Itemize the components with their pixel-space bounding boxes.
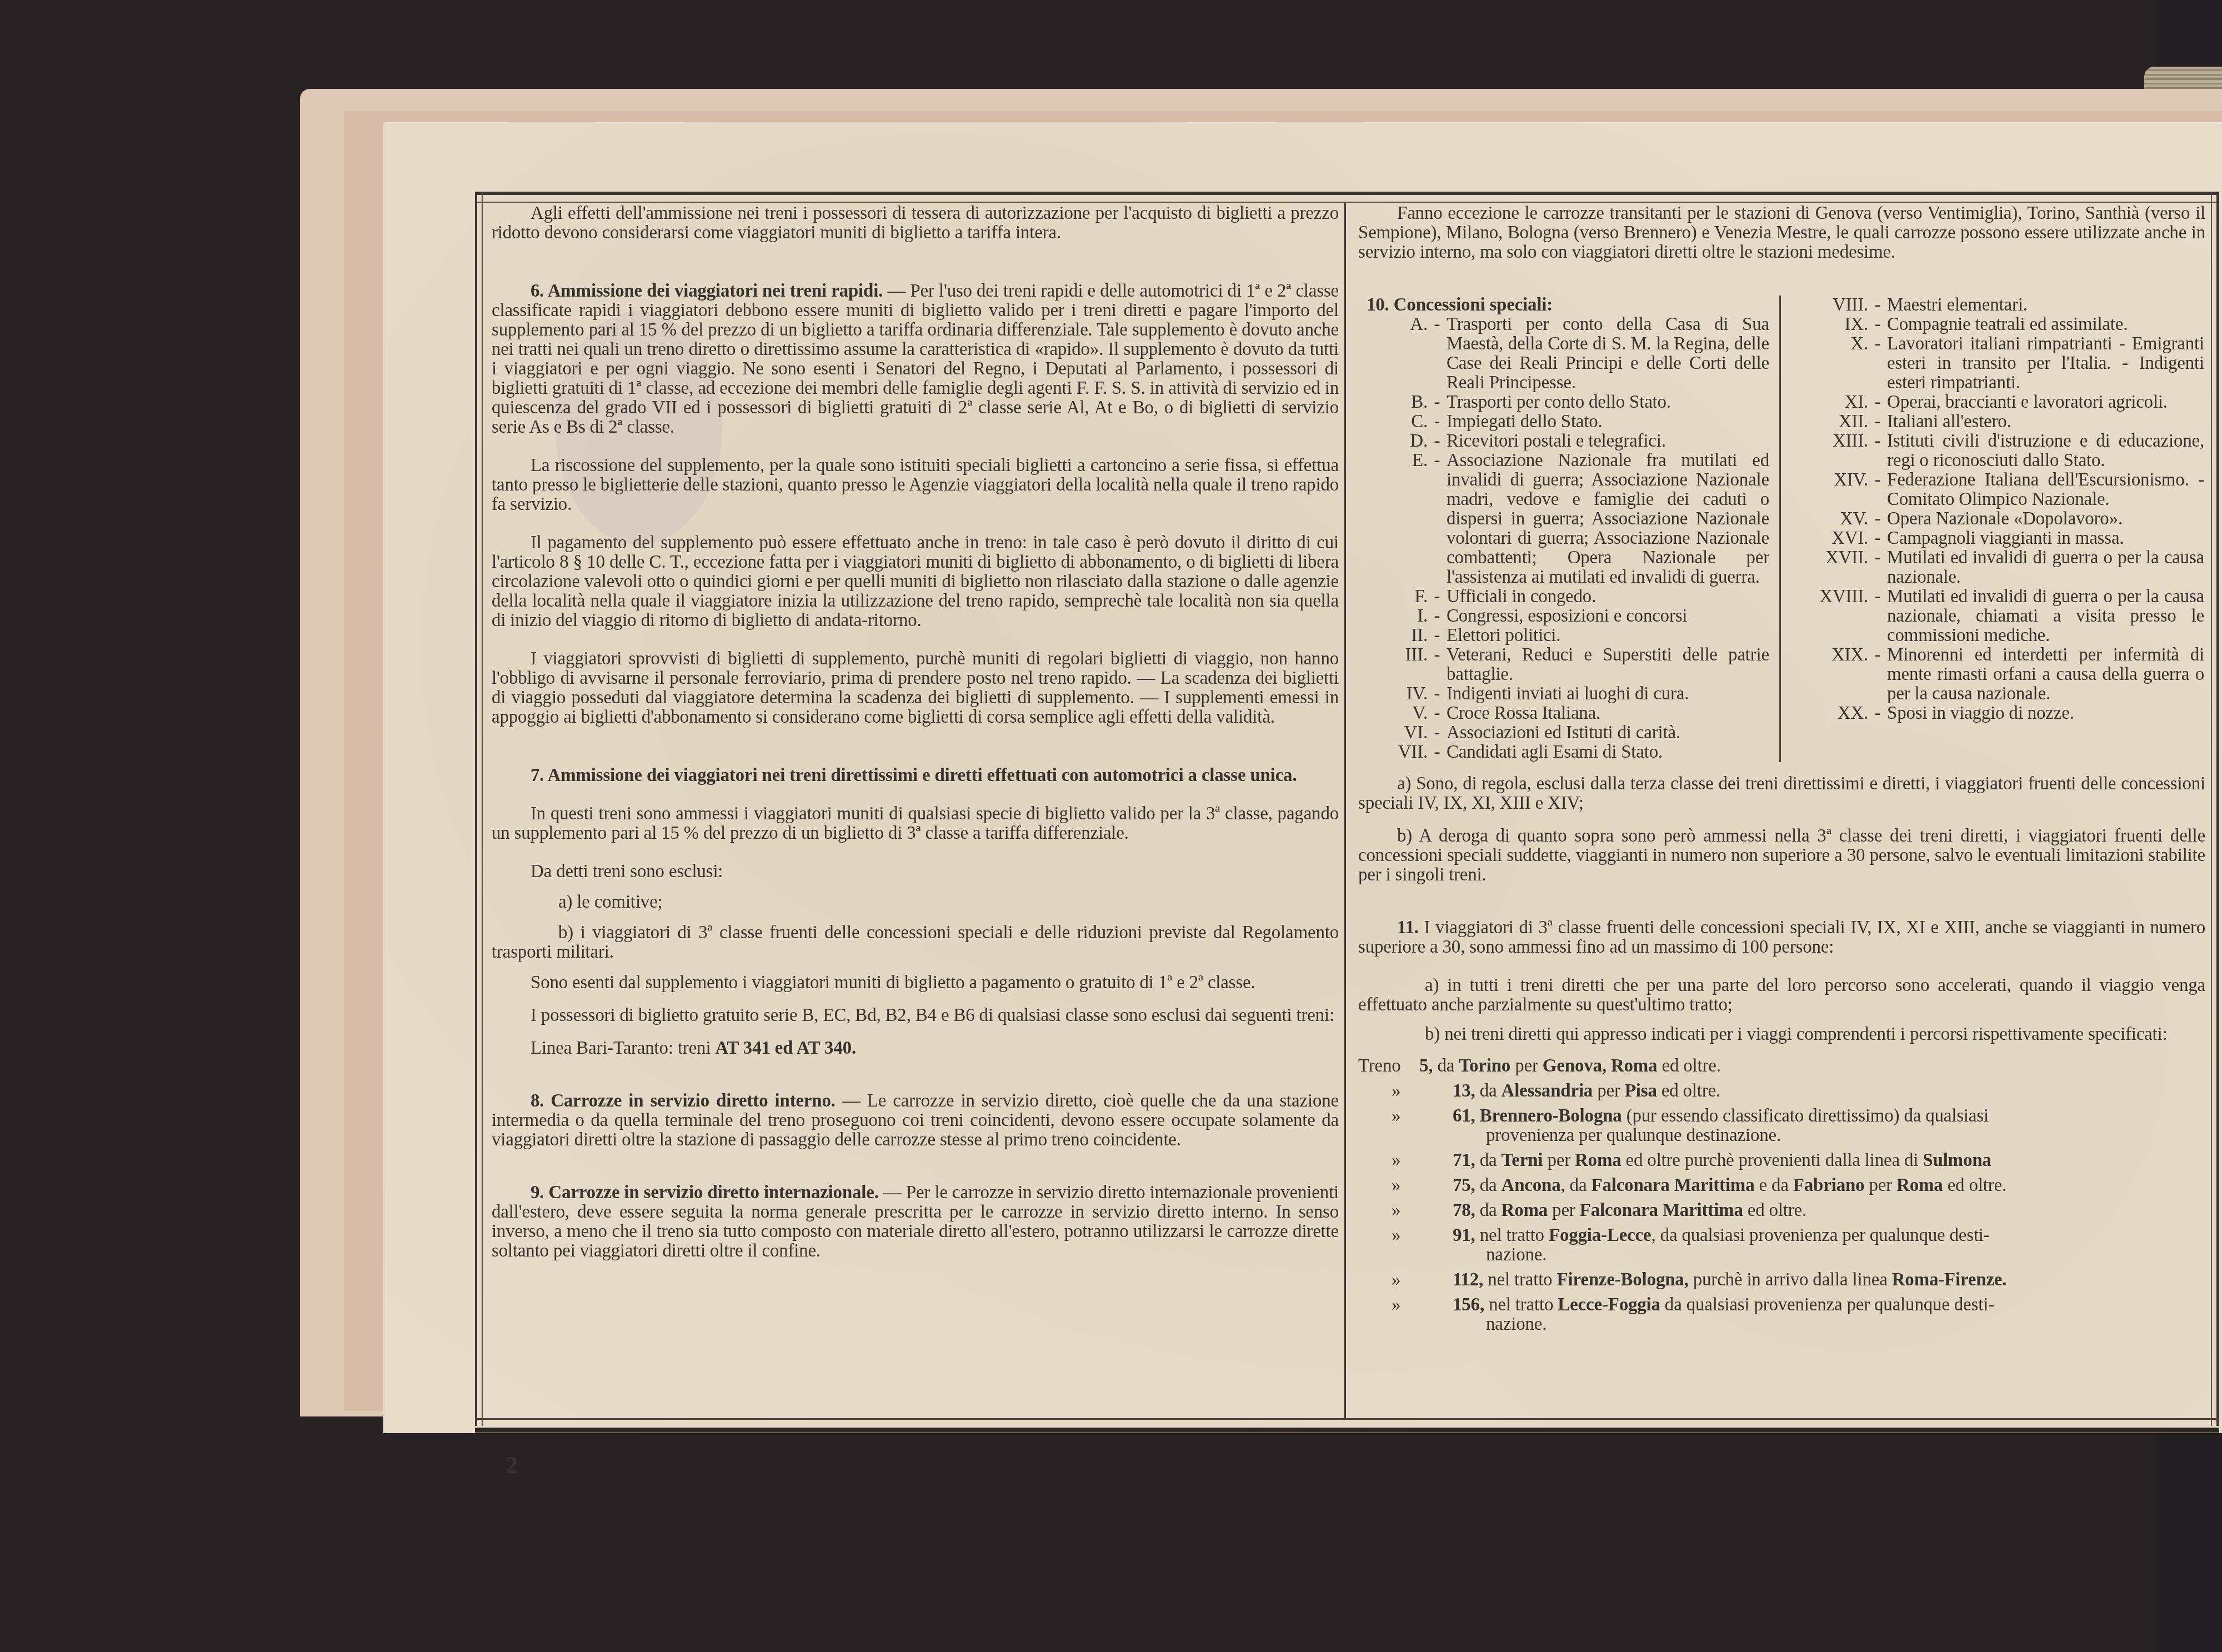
concession-text: Compagnie teatrali ed assimilate. [1887,315,2204,334]
frame-rule-left [475,192,483,1426]
section-6-paragraph-2: La riscossione del supplemento, per la q… [492,456,1339,514]
concession-text: Congressi, esposizioni e concorsi [1447,607,1769,626]
section-9: 9. Carrozze in servizio diretto internaz… [492,1183,1339,1261]
concession-dash: - [1868,432,1887,470]
concession-number: IX. [1793,315,1868,334]
train-lead: » [1358,1226,1453,1245]
concession-number: B. [1358,393,1428,412]
section-10-heading: 10. Concessioni speciali: [1367,296,1769,315]
frame-rule-top [475,192,2219,203]
section-11-heading: 11. [1397,918,1419,938]
section-6-paragraph-4: I viaggiatori sprovvisti di biglietti di… [492,649,1339,727]
concession-item: VIII.-Maestri elementari. [1793,296,2204,315]
train-entry: »112, nel tratto Firenze-Bologna, purchè… [1358,1270,2205,1290]
train-description: 61, Brennero-Bologna (pur essendo classi… [1453,1107,2205,1126]
concession-text: Associazioni ed Istituti di carità. [1447,723,1769,743]
concession-item: XVIII.-Mutilati ed invalidi di guerra o … [1793,587,2204,645]
concession-text: Indigenti inviati ai luoghi di cura. [1447,684,1769,704]
section-8: 8. Carrozze in servizio diretto interno.… [492,1092,1339,1150]
concession-text: Elettori politici. [1447,626,1769,645]
train-number: 71, [1453,1150,1480,1170]
section-9-heading: 9. Carrozze in servizio diretto internaz… [531,1183,879,1203]
concession-number: XV. [1793,509,1868,529]
concession-text: Trasporti per conto della Casa di Sua Ma… [1447,315,1769,393]
concession-item: VI.-Associazioni ed Istituti di carità. [1358,723,1769,743]
frame-rule-right [2211,192,2219,1426]
section-7-heading: 7. Ammissione dei viaggiatori nei treni … [492,766,1339,785]
train-lead: » [1358,1176,1453,1195]
left-column: Agli effetti dell'ammissione nei treni i… [492,204,1339,1261]
concession-dash: - [1868,509,1887,529]
concession-text: Maestri elementari. [1887,296,2204,315]
train-lead: » [1358,1151,1453,1170]
section-10-note-a: a) Sono, di regola, esclusi dalla terza … [1358,774,2205,813]
section-7-paragraph-2: Da detti treni sono esclusi: [492,862,1339,882]
concession-item: A.-Trasporti per conto della Casa di Sua… [1358,315,1769,393]
train-number: 91, [1453,1225,1480,1245]
concession-item: D.-Ricevitori postali e telegrafici. [1358,432,1769,451]
concession-number: XIV. [1793,470,1868,509]
concession-dash: - [1428,607,1447,626]
concession-text: Candidati agli Esami di Stato. [1447,743,1769,762]
column-divider [1344,202,1346,1418]
concession-dash: - [1868,334,1887,393]
line-label: Linea Bari-Taranto: treni [531,1038,715,1058]
section-11-body: I viaggiatori di 3ª classe fruenti delle… [1358,918,2205,957]
train-entry: »61, Brennero-Bologna (pur essendo class… [1358,1107,2205,1145]
concession-item: IX.-Compagnie teatrali ed assimilate. [1793,315,2204,334]
intro-paragraph: Agli effetti dell'ammissione nei treni i… [492,204,1339,243]
concession-number: XII. [1793,412,1868,432]
concession-dash: - [1868,587,1887,645]
concession-text: Opera Nazionale «Dopolavoro». [1887,509,2204,529]
train-description: 156, nel tratto Lecce-Foggia da qualsias… [1453,1295,2205,1315]
train-description: 78, da Roma per Falconara Marittima ed o… [1453,1201,2205,1220]
concession-text: Federazione Italiana dell'Escursionismo.… [1887,470,2204,509]
concession-text: Lavoratori italiani rimpatrianti - Emigr… [1887,334,2204,393]
concession-dash: - [1868,412,1887,432]
concession-dash: - [1428,432,1447,451]
concession-item: F.-Ufficiali in congedo. [1358,587,1769,607]
train-description: 75, da Ancona, da Falconara Marittima e … [1453,1176,2205,1195]
concession-dash: - [1428,315,1447,393]
train-description: 112, nel tratto Firenze-Bologna, purchè … [1453,1270,2205,1290]
concession-item: X.-Lavoratori italiani rimpatrianti - Em… [1793,334,2204,393]
train-description: 71, da Terni per Roma ed oltre purchè pr… [1453,1151,2205,1170]
section-6-paragraph-3: Il pagamento del supplemento può essere … [492,533,1339,630]
concession-item: XI.-Operai, braccianti e lavoratori agri… [1793,393,2204,412]
section-11-item-b: b) nei treni diretti qui appresso indica… [1358,1025,2205,1044]
train-number: 5, [1419,1056,1437,1076]
concession-dash: - [1868,529,1887,548]
section-8-heading: 8. Carrozze in servizio diretto interno. [531,1091,835,1111]
concession-item: IV.-Indigenti inviati ai luoghi di cura. [1358,684,1769,704]
concession-text: Istituti civili d'istruzione e di educaz… [1887,432,2204,470]
concession-item: II.-Elettori politici. [1358,626,1769,645]
text-frame: Agli effetti dell'ammissione nei treni i… [475,192,2219,1450]
section-7-paragraph-4: I possessori di biglietto gratuito serie… [492,1006,1339,1025]
section-7-item-a: a) le comitive; [492,893,1339,912]
concession-dash: - [1868,548,1887,587]
concessions-column-a: 10. Concessioni speciali: A.-Trasporti p… [1358,296,1781,762]
concession-item: XVI.-Campagnoli viaggianti in massa. [1793,529,2204,548]
concession-number: C. [1358,412,1428,432]
train-entry: »71, da Terni per Roma ed oltre purchè p… [1358,1151,2205,1170]
right-column: Fanno eccezione le carrozze transitanti … [1358,204,2205,1340]
concession-number: E. [1358,451,1428,587]
concession-item: III.-Veterani, Reduci e Superstiti delle… [1358,645,1769,684]
concession-dash: - [1428,645,1447,684]
concession-text: Croce Rossa Italiana. [1447,704,1769,723]
train-description: 91, nel tratto Foggia-Lecce, da qualsias… [1453,1226,2205,1245]
section-7-paragraph-3: Sono esenti dal supplemento i viaggiator… [492,973,1339,993]
section-6-heading: 6. Ammissione dei viaggiatori nei treni … [531,281,883,301]
concession-item: E.-Associazione Nazionale fra mutilati e… [1358,451,1769,587]
concession-number: D. [1358,432,1428,451]
concession-text: Veterani, Reduci e Superstiti delle patr… [1447,645,1769,684]
concession-number: A. [1358,315,1428,393]
concession-dash: - [1868,393,1887,412]
concession-item: XIV.-Federazione Italiana dell'Escursion… [1793,470,2204,509]
section-11: 11. I viaggiatori di 3ª classe fruenti d… [1358,918,2205,957]
concession-number: II. [1358,626,1428,645]
concession-dash: - [1868,645,1887,704]
concession-number: XVIII. [1793,587,1868,645]
concessions-list-b: VIII.-Maestri elementari.IX.-Compagnie t… [1793,296,2204,723]
train-entry: Treno5, da Torino per Genova, Roma ed ol… [1358,1057,2205,1076]
train-number: 78, [1453,1200,1480,1220]
train-description-continued: nazione. [1358,1245,2205,1265]
train-entry: »78, da Roma per Falconara Marittima ed … [1358,1201,2205,1220]
concession-text: Impiegati dello Stato. [1447,412,1769,432]
concession-number: XI. [1793,393,1868,412]
concession-dash: - [1428,723,1447,743]
concession-number: XVII. [1793,548,1868,587]
train-lead: » [1358,1270,1453,1290]
concession-item: XV.-Opera Nazionale «Dopolavoro». [1793,509,2204,529]
concession-dash: - [1428,587,1447,607]
concession-text: Associazione Nazionale fra mutilati ed i… [1447,451,1769,587]
train-lead: » [1358,1107,1453,1126]
concession-item: XX.-Sposi in viaggio di nozze. [1793,704,2204,723]
train-number: 112, [1453,1270,1488,1290]
train-description: 13, da Alessandria per Pisa ed oltre. [1453,1082,2205,1101]
concession-item: I.-Congressi, esposizioni e concorsi [1358,607,1769,626]
train-description-continued: nazione. [1358,1315,2205,1334]
concession-dash: - [1428,743,1447,762]
train-lead: » [1358,1295,1453,1315]
frame-rule-bottom [475,1418,2219,1433]
train-lead: Treno [1358,1057,1419,1076]
concession-item: XVII.-Mutilati ed invalidi di guerra o p… [1793,548,2204,587]
concession-text: Operai, braccianti e lavoratori agricoli… [1887,393,2204,412]
train-lead: » [1358,1201,1453,1220]
section-10-note-b: b) A deroga di quanto sopra sono però am… [1358,827,2205,885]
concession-number: XIII. [1793,432,1868,470]
concession-number: VI. [1358,723,1428,743]
concession-number: V. [1358,704,1428,723]
section-7-paragraph-1: In questi treni sono ammessi i viaggiato… [492,804,1339,843]
concession-text: Ufficiali in congedo. [1447,587,1769,607]
concession-number: XIX. [1793,645,1868,704]
concession-dash: - [1428,412,1447,432]
concession-dash: - [1428,393,1447,412]
concession-text: Italiani all'estero. [1887,412,2204,432]
concession-dash: - [1428,684,1447,704]
concession-dash: - [1428,704,1447,723]
concession-number: I. [1358,607,1428,626]
concession-item: VII.-Candidati agli Esami di Stato. [1358,743,1769,762]
section-7-item-b: b) i viaggiatori di 3ª classe fruenti de… [492,923,1339,962]
section-6: 6. Ammissione dei viaggiatori nei treni … [492,282,1339,437]
train-description: 5, da Torino per Genova, Roma ed oltre. [1419,1057,2205,1076]
section-7-paragraph-5: Linea Bari-Taranto: treni AT 341 ed AT 3… [492,1039,1339,1058]
concession-item: V.-Croce Rossa Italiana. [1358,704,1769,723]
concession-item: XIII.-Istituti civili d'istruzione e di … [1793,432,2204,470]
concession-dash: - [1428,626,1447,645]
train-list: Treno5, da Torino per Genova, Roma ed ol… [1358,1057,2205,1334]
page-number: 2 [506,1451,518,1479]
concession-dash: - [1868,470,1887,509]
concession-dash: - [1428,451,1447,587]
train-number: 156, [1453,1295,1489,1315]
section-6-body: — Per l'uso dei treni rapidi e delle aut… [492,281,1339,437]
train-codes: AT 341 ed AT 340. [715,1038,856,1058]
concession-item: B.-Trasporti per conto dello Stato. [1358,393,1769,412]
concession-number: VIII. [1793,296,1868,315]
concession-dash: - [1868,296,1887,315]
concession-number: III. [1358,645,1428,684]
train-entry: »156, nel tratto Lecce-Foggia da qualsia… [1358,1295,2205,1334]
train-description-continued: provenienza per qualunque destinazione. [1358,1126,2205,1145]
concession-text: Campagnoli viaggianti in massa. [1887,529,2204,548]
train-entry: »75, da Ancona, da Falconara Marittima e… [1358,1176,2205,1195]
concession-number: F. [1358,587,1428,607]
concession-number: VII. [1358,743,1428,762]
concession-text: Sposi in viaggio di nozze. [1887,704,2204,723]
concession-dash: - [1868,315,1887,334]
concessions-column-b: VIII.-Maestri elementari.IX.-Compagnie t… [1781,296,2204,762]
concession-item: C.-Impiegati dello Stato. [1358,412,1769,432]
concession-number: XX. [1793,704,1868,723]
concession-number: XVI. [1793,529,1868,548]
concession-text: Mutilati ed invalidi di guerra o per la … [1887,548,2204,587]
train-number: 75, [1453,1175,1480,1195]
concession-text: Minorenni ed interdetti per infermità di… [1887,645,2204,704]
train-entry: »91, nel tratto Foggia-Lecce, da qualsia… [1358,1226,2205,1265]
concessions-table: 10. Concessioni speciali: A.-Trasporti p… [1358,296,2205,762]
train-number: 61, [1453,1106,1480,1126]
concession-text: Trasporti per conto dello Stato. [1447,393,1769,412]
train-lead: » [1358,1082,1453,1101]
concession-item: XII.-Italiani all'estero. [1793,412,2204,432]
right-intro-paragraph: Fanno eccezione le carrozze transitanti … [1358,204,2205,262]
train-entry: »13, da Alessandria per Pisa ed oltre. [1358,1082,2205,1101]
concession-text: Mutilati ed invalidi di guerra o per la … [1887,587,2204,645]
train-number: 13, [1453,1081,1480,1101]
concession-text: Ricevitori postali e telegrafici. [1447,432,1769,451]
concession-number: X. [1793,334,1868,393]
section-11-item-a: a) in tutti i treni diretti che per una … [1358,976,2205,1015]
concession-item: XIX.-Minorenni ed interdetti per infermi… [1793,645,2204,704]
concessions-list-a: A.-Trasporti per conto della Casa di Sua… [1358,315,1769,762]
concession-number: IV. [1358,684,1428,704]
concession-dash: - [1868,704,1887,723]
